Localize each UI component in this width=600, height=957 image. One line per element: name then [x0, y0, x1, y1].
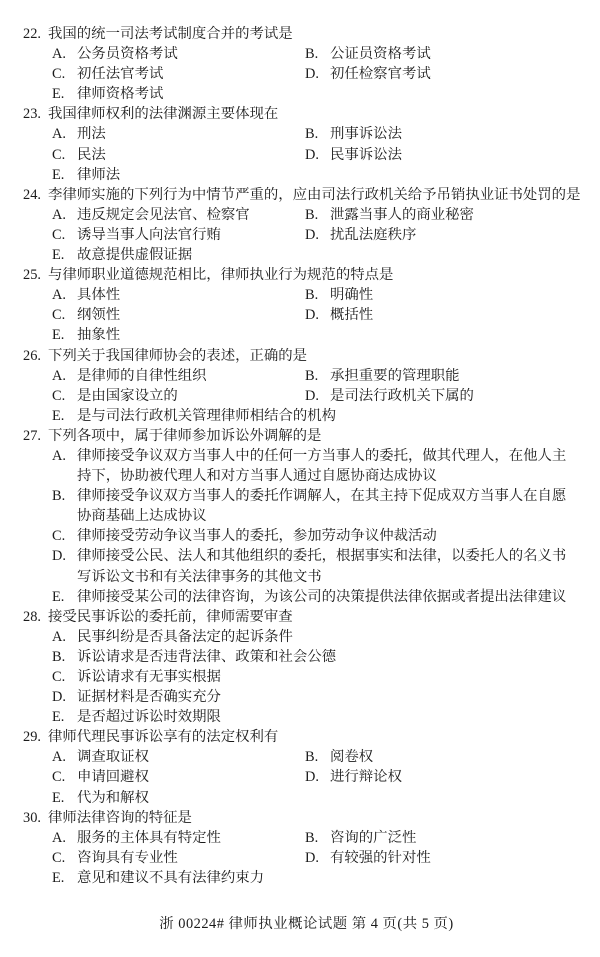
option-row: E. 律师资格考试 [52, 84, 590, 104]
option-label: E. [52, 707, 77, 727]
question-number: 22. [23, 24, 48, 44]
option-list: A. 民事纠纷是否具备法定的起诉条件 B. 诉讼请求是否违背法律、政策和社会公德… [52, 627, 568, 727]
option-text: 是由国家设立的 [77, 386, 305, 406]
option-row: A. 公务员资格考试 [52, 44, 305, 64]
question-number: 28. [23, 607, 48, 627]
option-row: E. 抽象性 [52, 325, 590, 345]
question-item: 29. 律师代理民事诉讼享有的法定权利有 A. 调查取证权 B. 阅卷权 C. … [23, 727, 590, 807]
option-label: B. [305, 205, 330, 225]
option-text: 初任检察官考试 [330, 64, 590, 84]
option-text: 是律师的自律性组织 [77, 366, 305, 386]
question-number: 26. [23, 346, 48, 366]
option-text: 有较强的针对性 [330, 848, 590, 868]
question-item: 27. 下列各项中，属于律师参加诉讼外调解的是 A. 律师接受争议双方当事人中的… [23, 426, 590, 607]
option-label: C. [52, 848, 77, 868]
option-row: E. 律师法 [52, 165, 590, 185]
question-title: 与律师职业道德规范相比，律师执业行为规范的特点是 [48, 265, 590, 285]
option-list: A. 律师接受争议双方当事人中的任何一方当事人的委托，做其代理人，在他人主持下，… [52, 446, 568, 607]
question-heading: 22. 我国的统一司法考试制度合并的考试是 [23, 24, 590, 44]
option-text: 初任法官考试 [77, 64, 305, 84]
option-label: C. [52, 64, 77, 84]
option-row: D. 是司法行政机关下属的 [305, 386, 590, 406]
question-item: 25. 与律师职业道德规范相比，律师执业行为规范的特点是 A. 具体性 B. 明… [23, 265, 590, 345]
option-label: B. [305, 44, 330, 64]
option-row: E. 是与司法行政机关管理律师相结合的机构 [52, 406, 590, 426]
question-item: 23. 我国律师权利的法律渊源主要体现在 A. 刑法 B. 刑事诉讼法 C. 民… [23, 104, 590, 184]
option-list: A. 刑法 B. 刑事诉讼法 C. 民法 D. 民事诉讼法 E. 律师法 [52, 124, 590, 184]
option-row: D. 初任检察官考试 [305, 64, 590, 84]
option-row: C. 咨询具有专业性 [52, 848, 305, 868]
question-title: 李律师实施的下列行为中情节严重的，应由司法行政机关给予吊销执业证书处罚的是 [48, 185, 590, 205]
option-label: B. [305, 285, 330, 305]
option-label: B. [305, 124, 330, 144]
question-heading: 25. 与律师职业道德规范相比，律师执业行为规范的特点是 [23, 265, 590, 285]
question-number: 29. [23, 727, 48, 747]
option-text: 扰乱法庭秩序 [330, 225, 590, 245]
option-label: C. [52, 386, 77, 406]
option-label: E. [52, 788, 77, 808]
option-label: A. [52, 285, 77, 305]
page-footer: 浙 00224# 律师执业概论试题 第 4 页(共 5 页) [23, 914, 590, 934]
option-row: D. 律师接受公民、法人和其他组织的委托，根据事实和法律，以委托人的名义书写诉讼… [52, 546, 568, 586]
option-label: A. [52, 205, 77, 225]
question-number: 25. [23, 265, 48, 285]
option-label: D. [305, 225, 330, 245]
option-text: 服务的主体具有特定性 [77, 828, 305, 848]
question-item: 28. 接受民事诉讼的委托前，律师需要审查 A. 民事纠纷是否具备法定的起诉条件… [23, 607, 590, 728]
option-text: 民事诉讼法 [330, 145, 590, 165]
option-row: E. 是否超过诉讼时效期限 [52, 707, 568, 727]
option-text: 具体性 [77, 285, 305, 305]
option-text: 律师接受公民、法人和其他组织的委托，根据事实和法律，以委托人的名义书写诉讼文书和… [77, 546, 568, 586]
option-label: C. [52, 526, 77, 546]
option-list: A. 调查取证权 B. 阅卷权 C. 申请回避权 D. 进行辩论权 E. 代为和… [52, 747, 590, 807]
option-label: D. [305, 848, 330, 868]
option-row: A. 刑法 [52, 124, 305, 144]
option-row: E. 律师接受某公司的法律咨询，为该公司的决策提供法律依据或者提出法律建议 [52, 587, 568, 607]
option-text: 公务员资格考试 [77, 44, 305, 64]
option-text: 诉讼请求是否违背法律、政策和社会公德 [77, 647, 568, 667]
option-row: A. 调查取证权 [52, 747, 305, 767]
option-row: D. 民事诉讼法 [305, 145, 590, 165]
question-heading: 28. 接受民事诉讼的委托前，律师需要审查 [23, 607, 590, 627]
option-label: A. [52, 828, 77, 848]
option-text: 违反规定会见法官、检察官 [77, 205, 305, 225]
option-label: B. [305, 828, 330, 848]
option-text: 咨询具有专业性 [77, 848, 305, 868]
option-row: C. 申请回避权 [52, 767, 305, 787]
question-number: 30. [23, 808, 48, 828]
option-row: E. 意见和建议不具有法律约束力 [52, 868, 590, 888]
option-label: C. [52, 145, 77, 165]
option-row: B. 律师接受争议双方当事人的委托作调解人，在其主持下促成双方当事人在自愿协商基… [52, 486, 568, 526]
option-label: C. [52, 767, 77, 787]
option-label: D. [305, 305, 330, 325]
option-label: D. [52, 546, 77, 586]
option-label: A. [52, 627, 77, 647]
option-label: E. [52, 245, 77, 265]
option-text: 调查取证权 [77, 747, 305, 767]
option-row: E. 代为和解权 [52, 788, 590, 808]
question-title: 我国律师权利的法律渊源主要体现在 [48, 104, 590, 124]
option-label: B. [52, 486, 77, 526]
option-text: 律师接受劳动争议当事人的委托，参加劳动争议仲裁活动 [77, 526, 568, 546]
option-label: E. [52, 587, 77, 607]
option-text: 律师接受争议双方当事人的委托作调解人，在其主持下促成双方当事人在自愿协商基础上达… [77, 486, 568, 526]
question-item: 22. 我国的统一司法考试制度合并的考试是 A. 公务员资格考试 B. 公证员资… [23, 24, 590, 104]
option-text: 证据材料是否确实充分 [77, 687, 568, 707]
option-text: 是否超过诉讼时效期限 [77, 707, 568, 727]
option-text: 纲领性 [77, 305, 305, 325]
question-item: 26. 下列关于我国律师协会的表述，正确的是 A. 是律师的自律性组织 B. 承… [23, 346, 590, 426]
option-text: 律师法 [77, 165, 590, 185]
option-row: C. 纲领性 [52, 305, 305, 325]
option-text: 律师资格考试 [77, 84, 590, 104]
option-text: 公证员资格考试 [330, 44, 590, 64]
option-text: 阅卷权 [330, 747, 590, 767]
option-row: D. 扰乱法庭秩序 [305, 225, 590, 245]
option-row: B. 诉讼请求是否违背法律、政策和社会公德 [52, 647, 568, 667]
question-heading: 29. 律师代理民事诉讼享有的法定权利有 [23, 727, 590, 747]
option-text: 意见和建议不具有法律约束力 [77, 868, 590, 888]
option-row: B. 泄露当事人的商业秘密 [305, 205, 590, 225]
question-heading: 26. 下列关于我国律师协会的表述，正确的是 [23, 346, 590, 366]
option-text: 代为和解权 [77, 788, 590, 808]
option-label: B. [305, 366, 330, 386]
option-row: C. 初任法官考试 [52, 64, 305, 84]
option-text: 进行辩论权 [330, 767, 590, 787]
option-label: A. [52, 44, 77, 64]
option-row: A. 具体性 [52, 285, 305, 305]
option-label: D. [305, 386, 330, 406]
option-row: D. 证据材料是否确实充分 [52, 687, 568, 707]
option-row: B. 公证员资格考试 [305, 44, 590, 64]
option-label: D. [305, 64, 330, 84]
option-label: D. [305, 145, 330, 165]
option-row: A. 违反规定会见法官、检察官 [52, 205, 305, 225]
question-title: 律师法律咨询的特征是 [48, 808, 590, 828]
option-row: D. 概括性 [305, 305, 590, 325]
option-text: 泄露当事人的商业秘密 [330, 205, 590, 225]
question-number: 23. [23, 104, 48, 124]
option-label: D. [305, 767, 330, 787]
option-label: B. [52, 647, 77, 667]
option-label: D. [52, 687, 77, 707]
option-list: A. 公务员资格考试 B. 公证员资格考试 C. 初任法官考试 D. 初任检察官… [52, 44, 590, 104]
option-label: A. [52, 446, 77, 486]
option-text: 律师接受某公司的法律咨询，为该公司的决策提供法律依据或者提出法律建议 [77, 587, 568, 607]
option-text: 咨询的广泛性 [330, 828, 590, 848]
option-list: A. 服务的主体具有特定性 B. 咨询的广泛性 C. 咨询具有专业性 D. 有较… [52, 828, 590, 888]
option-row: D. 有较强的针对性 [305, 848, 590, 868]
question-item: 30. 律师法律咨询的特征是 A. 服务的主体具有特定性 B. 咨询的广泛性 C… [23, 808, 590, 888]
option-row: C. 民法 [52, 145, 305, 165]
question-list: 22. 我国的统一司法考试制度合并的考试是 A. 公务员资格考试 B. 公证员资… [23, 24, 590, 888]
option-row: E. 故意提供虚假证据 [52, 245, 590, 265]
option-text: 故意提供虚假证据 [77, 245, 590, 265]
option-label: A. [52, 124, 77, 144]
question-heading: 27. 下列各项中，属于律师参加诉讼外调解的是 [23, 426, 590, 446]
option-row: A. 是律师的自律性组织 [52, 366, 305, 386]
option-text: 是与司法行政机关管理律师相结合的机构 [77, 406, 590, 426]
option-row: A. 律师接受争议双方当事人中的任何一方当事人的委托，做其代理人，在他人主持下，… [52, 446, 568, 486]
option-text: 明确性 [330, 285, 590, 305]
option-label: B. [305, 747, 330, 767]
option-text: 是司法行政机关下属的 [330, 386, 590, 406]
option-list: A. 具体性 B. 明确性 C. 纲领性 D. 概括性 E. 抽象性 [52, 285, 590, 345]
option-label: A. [52, 747, 77, 767]
option-list: A. 违反规定会见法官、检察官 B. 泄露当事人的商业秘密 C. 诱导当事人向法… [52, 205, 590, 265]
option-label: A. [52, 366, 77, 386]
option-text: 刑法 [77, 124, 305, 144]
option-row: A. 民事纠纷是否具备法定的起诉条件 [52, 627, 568, 647]
option-label: C. [52, 225, 77, 245]
question-heading: 24. 李律师实施的下列行为中情节严重的，应由司法行政机关给予吊销执业证书处罚的… [23, 185, 590, 205]
question-title: 接受民事诉讼的委托前，律师需要审查 [48, 607, 590, 627]
option-row: B. 咨询的广泛性 [305, 828, 590, 848]
option-row: B. 承担重要的管理职能 [305, 366, 590, 386]
option-text: 抽象性 [77, 325, 590, 345]
option-text: 民法 [77, 145, 305, 165]
exam-page: 22. 我国的统一司法考试制度合并的考试是 A. 公务员资格考试 B. 公证员资… [0, 0, 600, 934]
option-row: B. 阅卷权 [305, 747, 590, 767]
option-row: C. 律师接受劳动争议当事人的委托，参加劳动争议仲裁活动 [52, 526, 568, 546]
option-row: C. 诱导当事人向法官行贿 [52, 225, 305, 245]
option-label: E. [52, 84, 77, 104]
option-label: E. [52, 165, 77, 185]
option-text: 承担重要的管理职能 [330, 366, 590, 386]
option-list: A. 是律师的自律性组织 B. 承担重要的管理职能 C. 是由国家设立的 D. … [52, 366, 590, 426]
question-title: 我国的统一司法考试制度合并的考试是 [48, 24, 590, 44]
option-row: D. 进行辩论权 [305, 767, 590, 787]
question-title: 律师代理民事诉讼享有的法定权利有 [48, 727, 590, 747]
option-text: 申请回避权 [77, 767, 305, 787]
option-text: 诉讼请求有无事实根据 [77, 667, 568, 687]
option-label: C. [52, 305, 77, 325]
question-number: 24. [23, 185, 48, 205]
option-label: E. [52, 325, 77, 345]
option-row: B. 刑事诉讼法 [305, 124, 590, 144]
option-text: 诱导当事人向法官行贿 [77, 225, 305, 245]
question-item: 24. 李律师实施的下列行为中情节严重的，应由司法行政机关给予吊销执业证书处罚的… [23, 185, 590, 265]
option-label: E. [52, 406, 77, 426]
option-row: C. 诉讼请求有无事实根据 [52, 667, 568, 687]
option-text: 刑事诉讼法 [330, 124, 590, 144]
question-number: 27. [23, 426, 48, 446]
option-label: E. [52, 868, 77, 888]
option-row: A. 服务的主体具有特定性 [52, 828, 305, 848]
option-row: B. 明确性 [305, 285, 590, 305]
question-title: 下列关于我国律师协会的表述，正确的是 [48, 346, 590, 366]
question-title: 下列各项中，属于律师参加诉讼外调解的是 [48, 426, 590, 446]
option-row: C. 是由国家设立的 [52, 386, 305, 406]
option-label: C. [52, 667, 77, 687]
option-text: 概括性 [330, 305, 590, 325]
option-text: 民事纠纷是否具备法定的起诉条件 [77, 627, 568, 647]
question-heading: 23. 我国律师权利的法律渊源主要体现在 [23, 104, 590, 124]
question-heading: 30. 律师法律咨询的特征是 [23, 808, 590, 828]
option-text: 律师接受争议双方当事人中的任何一方当事人的委托，做其代理人，在他人主持下，协助被… [77, 446, 568, 486]
